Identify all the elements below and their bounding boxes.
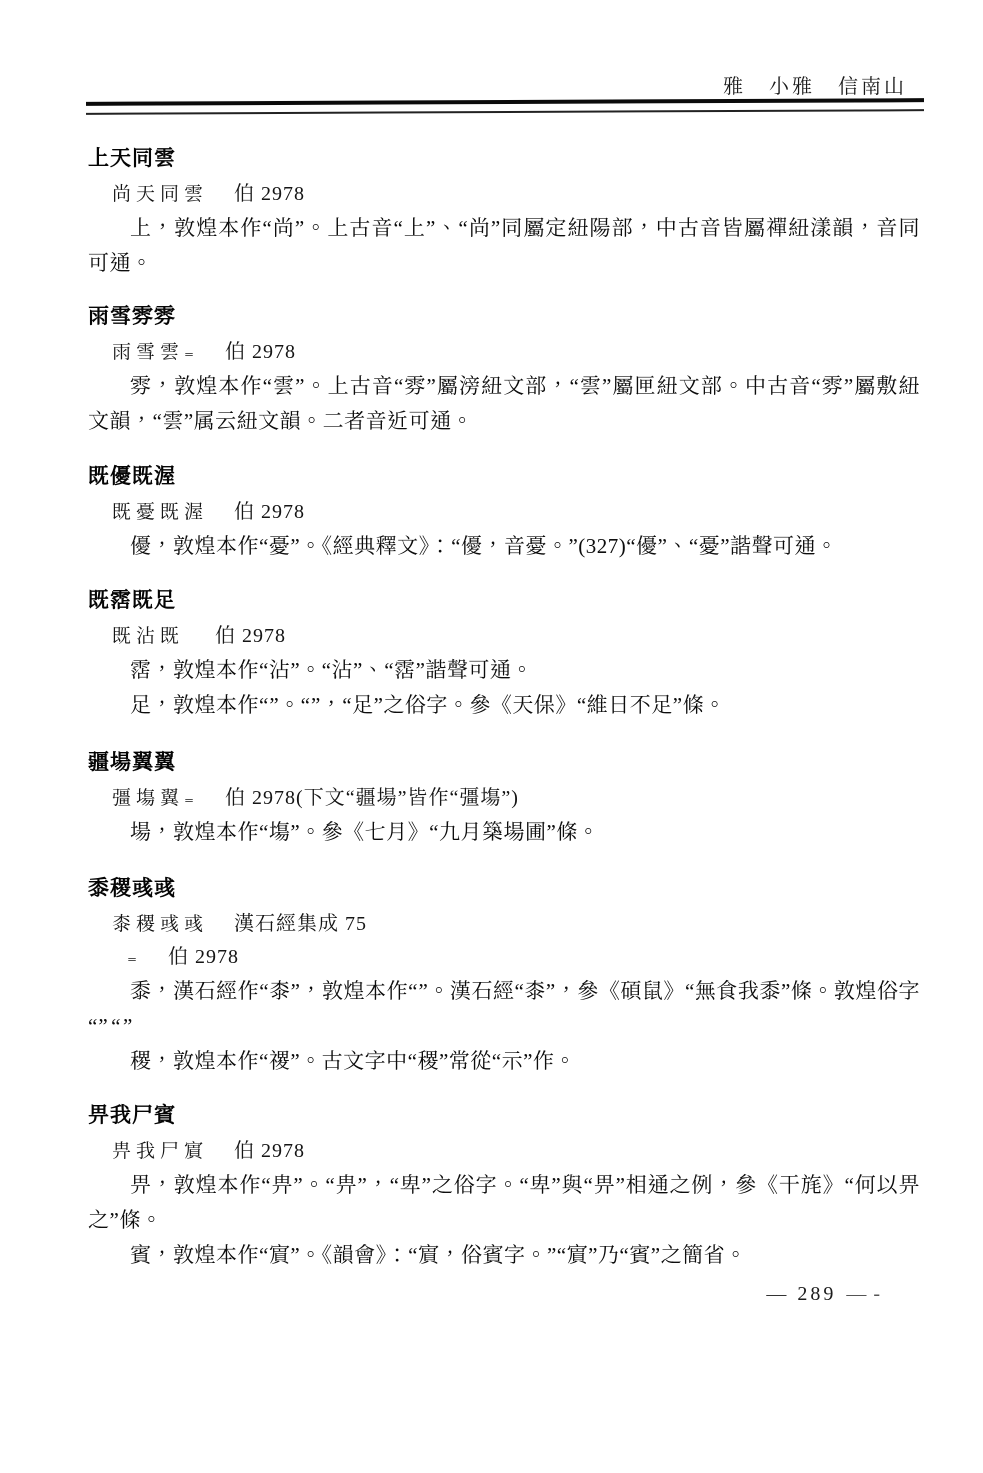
note-line: 之”條。 [88,1203,920,1238]
witness-reading: 桼稷彧彧 [112,914,208,935]
witness-line: 尚天同雲伯 2978 [88,178,920,211]
entry-notes: 場，敦煌本作“塲”。參《七月》“九月築場圃”條。 [88,815,920,850]
witness-source: 伯 2978 [225,341,296,363]
entry-notes: 優，敦煌本作“憂”。《經典釋文》：“優，音憂。”(327)“優”、“憂”諧聲可通… [88,529,920,564]
entry-notes: 畀，敦煌本作“畁”。“畁”，“卑”之俗字。“卑”與“畀”相通之例，參《干旄》“何… [88,1168,920,1273]
entry-witnesses: 既憂既渥伯 2978 [88,496,920,529]
entry: 上天同雲 尚天同雲伯 2978 上，敦煌本作“尚”。上古音“上”、“尚”同屬定紐… [88,146,920,281]
entry: 疆場翼翼 彊塲翼₌伯 2978(下文“疆場”皆作“彊塲”) 場，敦煌本作“塲”。… [88,750,920,850]
note-line: 稷，敦煌本作“禝”。古文字中“稷”常從“示”作。 [88,1044,920,1079]
witness-line: 彊塲翼₌伯 2978(下文“疆場”皆作“彊塲”) [88,782,920,815]
note-line: 畀，敦煌本作“畁”。“畁”，“卑”之俗字。“卑”與“畀”相通之例，參《干旄》“何… [88,1168,920,1203]
note-line: 場，敦煌本作“塲”。參《七月》“九月築場圃”條。 [88,815,920,850]
witness-source: 伯 2978 [168,946,239,968]
book-page: 雅 小雅 信南山 上天同雲 尚天同雲伯 2978 上，敦煌本作“尚”。上古音“上… [0,0,983,1473]
entry: 畀我尸賓 畁我尸賔伯 2978 畀，敦煌本作“畁”。“畁”，“卑”之俗字。“卑”… [88,1103,920,1273]
entry: 黍稷彧彧 桼稷彧彧漢石經集成 75𥞆禝彧₌伯 2978 黍，漢石經作“桼”，敦煌… [88,876,920,1079]
note-line: 足，敦煌本作“𠯁”。“𠯁”，“足”之俗字。參《天保》“維日不足”條。 [88,688,920,723]
entries: 上天同雲 尚天同雲伯 2978 上，敦煌本作“尚”。上古音“上”、“尚”同屬定紐… [88,0,920,1473]
entry-headword: 疆場翼翼 [88,750,920,774]
page-footer: —289— ‑ [756,1283,891,1306]
entry-witnesses: 既沾既𠯁伯 2978 [88,620,920,653]
witness-source: 伯 2978 [234,1140,305,1162]
entry-headword: 既優既渥 [88,464,920,488]
entry-headword: 畀我尸賓 [88,1103,920,1127]
entry-witnesses: 桼稷彧彧漢石經集成 75𥞆禝彧₌伯 2978 [88,908,920,974]
witness-line: 既沾既𠯁伯 2978 [88,620,920,653]
entry: 雨雪雰雰 雨雪雲₌伯 2978 雰，敦煌本作“雲”。上古音“雰”屬滂紐文部，“雲… [88,304,920,439]
note-line: 霑，敦煌本作“沾”。“沾”、“霑”諧聲可通。 [88,653,920,688]
witness-source: 伯 2978 [215,625,286,647]
footer-dash-right: — ‑ [846,1283,881,1305]
footer-page-number: 289 [797,1283,836,1305]
witness-source: 伯 2978(下文“疆場”皆作“彊塲”) [225,787,519,809]
note-line: 賓，敦煌本作“賔”。《韻會》：“賔，俗賓字。”“賔”乃“賓”之簡省。 [88,1238,920,1273]
witness-source: 漢石經集成 75 [234,913,367,935]
witness-reading: 雨雪雲₌ [112,342,199,363]
witness-line: 雨雪雲₌伯 2978 [88,336,920,369]
witness-reading: 彊塲翼₌ [112,788,199,809]
witness-reading: 畁我尸賔 [112,1141,208,1162]
witness-reading: 尚天同雲 [112,184,208,205]
entry-headword: 黍稷彧彧 [88,876,920,900]
entry-headword: 既霑既足 [88,588,920,612]
note-line: 上，敦煌本作“尚”。上古音“上”、“尚”同屬定紐陽部，中古音皆屬禪紐漾韻，音同 [88,211,920,246]
entry-headword: 上天同雲 [88,146,920,170]
entry-headword: 雨雪雰雰 [88,304,920,328]
entry-notes: 上，敦煌本作“尚”。上古音“上”、“尚”同屬定紐陽部，中古音皆屬禪紐漾韻，音同可… [88,211,920,281]
footer-dash-left: — [766,1283,787,1305]
entry-witnesses: 尚天同雲伯 2978 [88,178,920,211]
witness-reading: 𥞆禝彧₌ [112,947,142,968]
note-line: 雰，敦煌本作“雲”。上古音“雰”屬滂紐文部，“雲”屬匣紐文部。中古音“雰”屬敷紐 [88,369,920,404]
entry: 既霑既足 既沾既𠯁伯 2978 霑，敦煌本作“沾”。“沾”、“霑”諧聲可通。足，… [88,588,920,723]
entry: 既優既渥 既憂既渥伯 2978 優，敦煌本作“憂”。《經典釋文》：“優，音憂。”… [88,464,920,564]
witness-line: 畁我尸賔伯 2978 [88,1135,920,1168]
note-line: 優，敦煌本作“憂”。《經典釋文》：“優，音憂。”(327)“優”、“憂”諧聲可通… [88,529,920,564]
entry-notes: 黍，漢石經作“桼”，敦煌本作“𥞆”。漢石經“桼”，參《碩鼠》“無食我黍”條。敦煌… [88,974,920,1079]
witness-source: 伯 2978 [234,183,305,205]
note-line: 文韻，“雲”属云紐文韻。二者音近可通。 [88,404,920,439]
entry-notes: 霑，敦煌本作“沾”。“沾”、“霑”諧聲可通。足，敦煌本作“𠯁”。“𠯁”，“足”之… [88,653,920,723]
witness-line: 𥞆禝彧₌伯 2978 [88,941,920,974]
witness-line: 桼稷彧彧漢石經集成 75 [88,908,920,941]
witness-source: 伯 2978 [234,501,305,523]
note-line: “𥞆”，參《七月》“黍稷重穋”條。 [88,1009,920,1044]
witness-reading: 既憂既渥 [112,502,208,523]
entry-witnesses: 彊塲翼₌伯 2978(下文“疆場”皆作“彊塲”) [88,782,920,815]
witness-reading: 既沾既𠯁 [112,626,189,647]
note-line: 黍，漢石經作“桼”，敦煌本作“𥞆”。漢石經“桼”，參《碩鼠》“無食我黍”條。敦煌… [88,974,920,1009]
entry-witnesses: 畁我尸賔伯 2978 [88,1135,920,1168]
entry-witnesses: 雨雪雲₌伯 2978 [88,336,920,369]
entry-notes: 雰，敦煌本作“雲”。上古音“雰”屬滂紐文部，“雲”屬匣紐文部。中古音“雰”屬敷紐… [88,369,920,439]
witness-line: 既憂既渥伯 2978 [88,496,920,529]
note-line: 可通。 [88,246,920,281]
